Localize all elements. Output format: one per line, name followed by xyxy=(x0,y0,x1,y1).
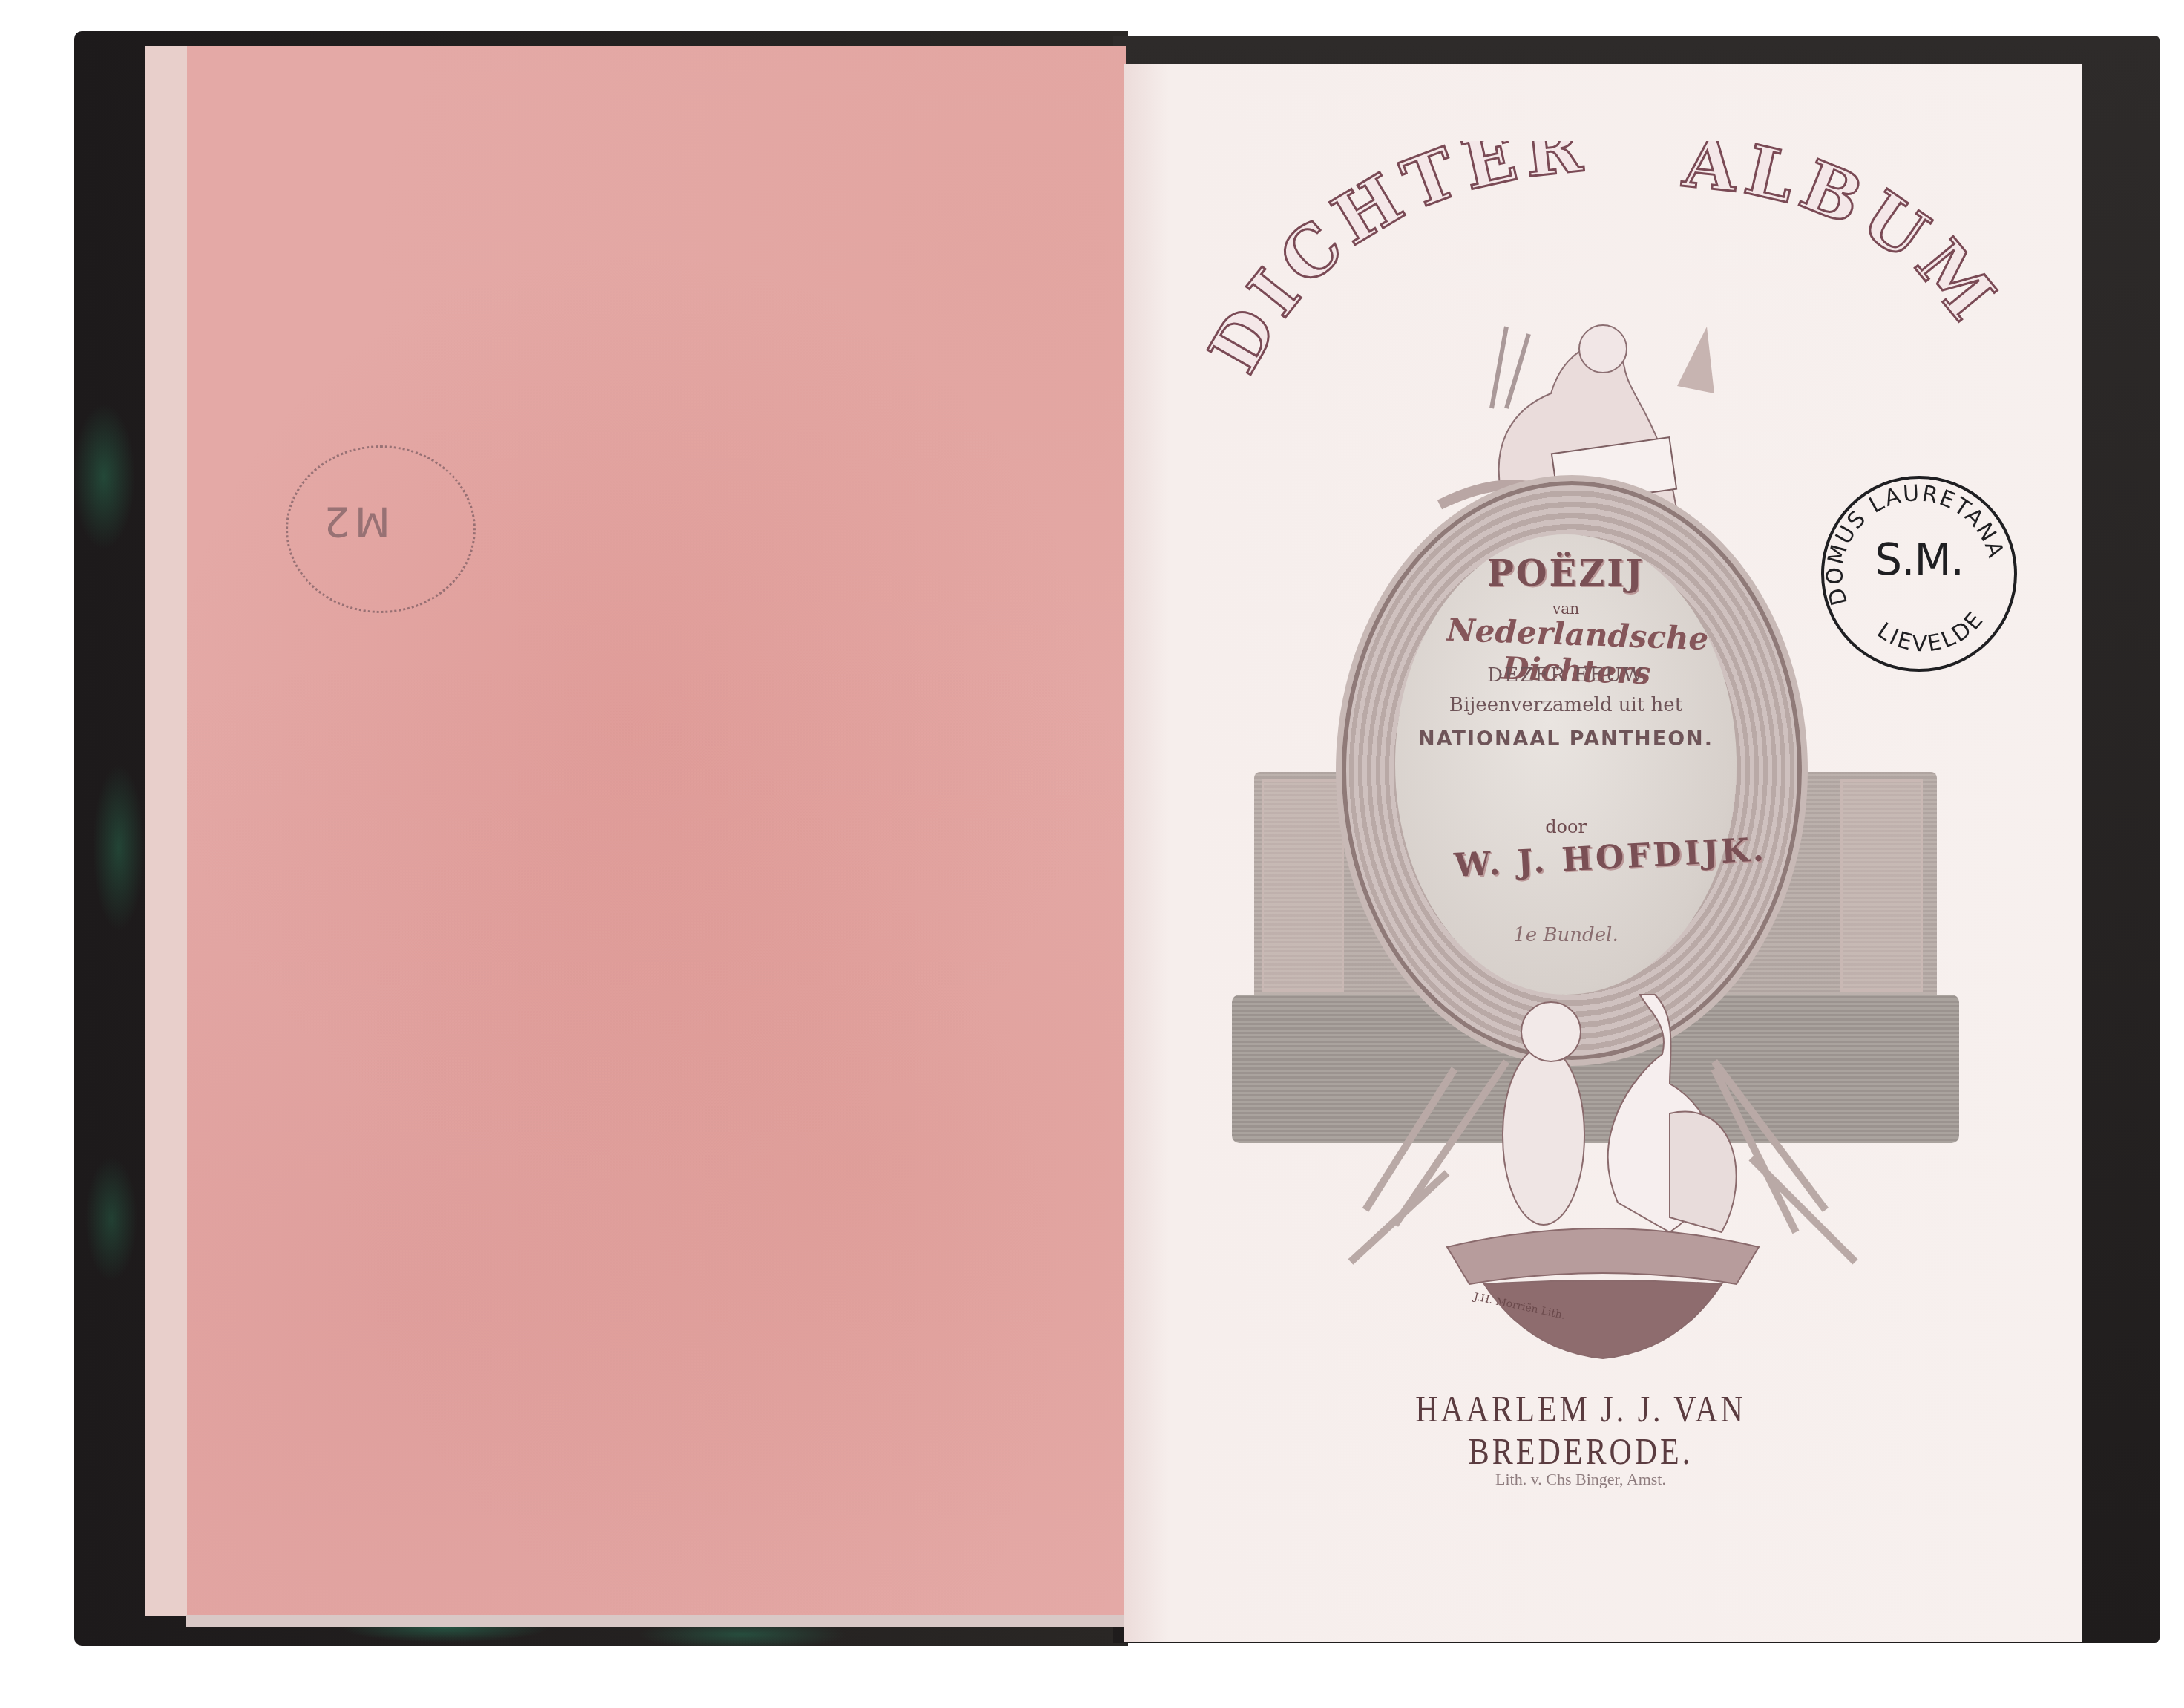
endpaper-hinge-strip xyxy=(145,46,188,1616)
ornament-panel-right xyxy=(1840,779,1923,992)
ornament-panel-left xyxy=(1262,779,1344,992)
subtitle-bijeen: Bijeenverzameld uit het xyxy=(1395,694,1737,716)
faded-stamp-text: M2 xyxy=(319,497,390,546)
lithographer-credit: Lith. v. Chs Binger, Amst. xyxy=(1314,1470,1848,1489)
subtitle-poezij: POËZIJ xyxy=(1395,553,1737,595)
subtitle-eeuw: DEZER EEUW xyxy=(1395,664,1737,687)
cherub-swan-illustration xyxy=(1321,965,1885,1366)
endpaper-page xyxy=(187,46,1126,1616)
volume-label: 1e Bundel. xyxy=(1395,924,1737,946)
subtitle-pantheon: NATIONAAL PANTHEON. xyxy=(1395,727,1737,750)
svg-text:LIEVELDE: LIEVELDE xyxy=(1872,606,1990,657)
stamp-center-initials: S.M. xyxy=(1818,534,2020,585)
publisher-imprint: HAARLEM J. J. VAN BREDERODE. xyxy=(1314,1388,1848,1473)
page-edge xyxy=(186,1615,1124,1627)
stamp-ring-bottom: LIEVELDE xyxy=(1872,606,1990,657)
